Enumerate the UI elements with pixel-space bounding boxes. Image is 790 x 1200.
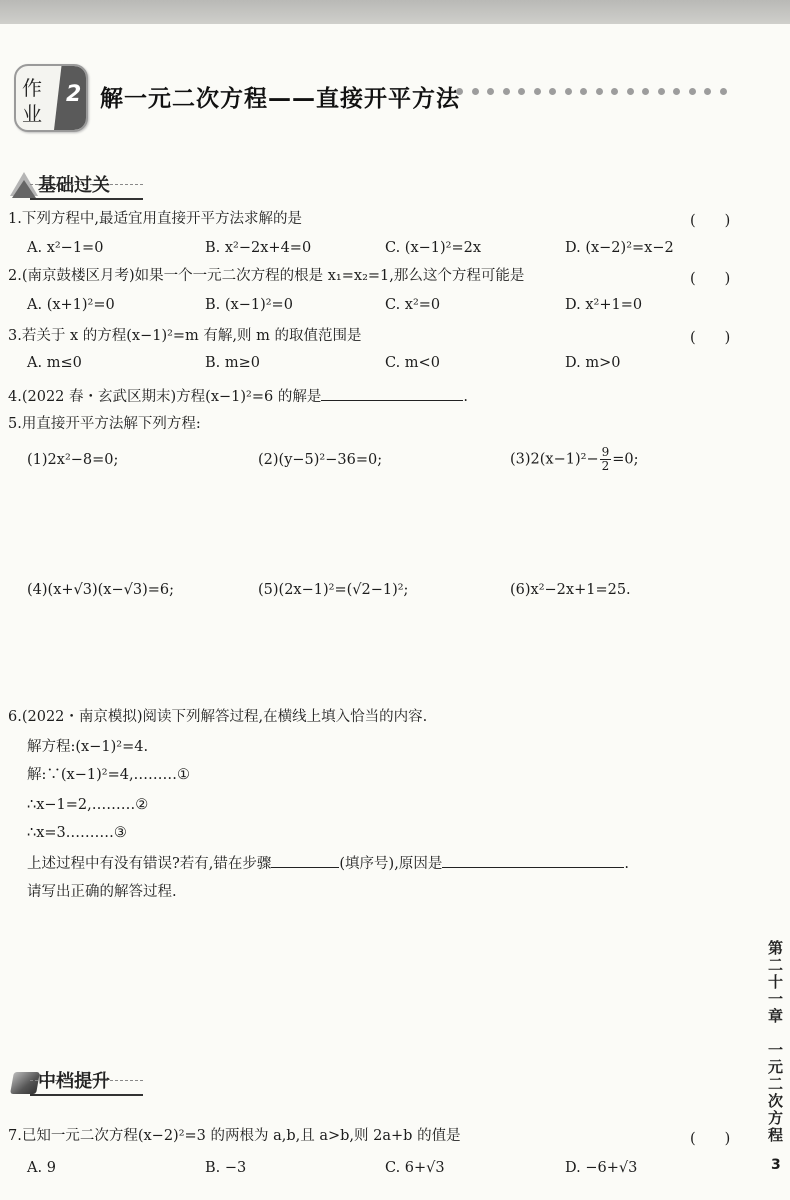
- badge-top-char: 作: [22, 72, 42, 101]
- q1-option-a[interactable]: A. x²−1=0: [27, 240, 103, 256]
- q2-answer-paren[interactable]: ( ): [690, 267, 730, 288]
- q3-answer-paren[interactable]: ( ): [690, 326, 730, 347]
- q5-part-3: (3)2(x−1)²−92=0;: [510, 446, 639, 473]
- q1-option-b[interactable]: B. x²−2x+4=0: [205, 240, 311, 256]
- q2-option-a[interactable]: A. (x+1)²=0: [27, 297, 115, 313]
- assignment-badge: 作 业 2: [14, 64, 88, 132]
- q6-question: 上述过程中有没有错误?若有,错在步骤(填序号),原因是.: [27, 853, 629, 874]
- q6-question-part-b: (填序号),原因是: [339, 856, 442, 872]
- q6-stem: 6.(2022・南京模拟)阅读下列解答过程,在横线上填入恰当的内容.: [8, 707, 427, 727]
- block-icon: [10, 1072, 40, 1094]
- q3-option-d[interactable]: D. m>0: [565, 355, 620, 371]
- section-medium-header: 中档提升: [8, 1066, 143, 1096]
- q3-option-c[interactable]: C. m<0: [385, 355, 440, 371]
- q4-period: .: [463, 389, 468, 405]
- section-basic-header: 基础过关: [8, 170, 143, 200]
- q5-part-4: (4)(x+√3)(x−√3)=6;: [27, 582, 174, 598]
- frac-denominator: 2: [600, 460, 612, 473]
- q5-part-2: (2)(y−5)²−36=0;: [258, 452, 382, 468]
- bleed-through-text: [430, 50, 640, 70]
- q4-stem: 4.(2022 春・玄武区期末)方程(x−1)²=6 的解是: [8, 389, 321, 405]
- q7-stem: 7.已知一元二次方程(x−2)²=3 的两根为 a,b,且 a>b,则 2a+b…: [8, 1126, 461, 1146]
- q2-option-d[interactable]: D. x²+1=0: [565, 297, 642, 313]
- q6-step-3: ∴x=3.………③: [27, 823, 127, 843]
- q5-part-6: (6)x²−2x+1=25.: [510, 582, 631, 598]
- q6-step-blank[interactable]: [271, 853, 339, 868]
- q4-line: 4.(2022 春・玄武区期末)方程(x−1)²=6 的解是.: [8, 386, 468, 407]
- q3-option-b[interactable]: B. m≥0: [205, 355, 260, 371]
- fraction-9-over-2: 92: [600, 446, 612, 473]
- badge-bottom-char: 业: [22, 98, 42, 127]
- section-rule: [30, 198, 143, 200]
- frac-numerator: 9: [600, 446, 612, 460]
- q7-option-a[interactable]: A. 9: [27, 1160, 56, 1176]
- q5-part-3-rhs: =0;: [612, 452, 638, 468]
- q6-question-end: .: [624, 856, 629, 872]
- q6-question-part-a: 上述过程中有没有错误?若有,错在步骤: [27, 856, 271, 872]
- q6-instruction: 请写出正确的解答过程.: [27, 882, 177, 902]
- q2-option-c[interactable]: C. x²=0: [385, 297, 440, 313]
- q4-answer-blank[interactable]: [321, 386, 463, 401]
- q7-option-d[interactable]: D. −6+√3: [565, 1160, 637, 1176]
- q5-stem: 5.用直接开平方法解下列方程:: [8, 414, 201, 434]
- q6-reason-blank[interactable]: [442, 853, 624, 868]
- q7-option-c[interactable]: C. 6+√3: [385, 1160, 445, 1176]
- q1-stem: 1.下列方程中,最适宜用直接开平方法求解的是: [8, 209, 302, 229]
- mountain-icon-dark: [12, 180, 36, 198]
- q6-step-1: 解:∵(x−1)²=4,………①: [27, 765, 190, 785]
- q6-step-2: ∴x−1=2,………②: [27, 795, 148, 815]
- q2-stem: 2.(南京鼓楼区月考)如果一个一元二次方程的根是 x₁=x₂=1,那么这个方程可…: [8, 266, 524, 286]
- q1-option-d[interactable]: D. (x−2)²=x−2: [565, 240, 674, 256]
- page-top-shadow: [0, 0, 790, 24]
- q5-part-3-lhs: (3)2(x−1)²−: [510, 452, 599, 468]
- page-number: 3: [771, 1157, 781, 1173]
- chapter-side-label: 第二十一章 一元二次方程: [764, 940, 786, 1144]
- q3-stem: 3.若关于 x 的方程(x−1)²=m 有解,则 m 的取值范围是: [8, 326, 362, 346]
- q1-answer-paren[interactable]: ( ): [690, 209, 730, 230]
- section-basic-label: 基础过关: [38, 171, 110, 197]
- badge-number: 2: [66, 82, 81, 107]
- title-dot-leader: [456, 88, 727, 95]
- q5-part-5: (5)(2x−1)²=(√2−1)²;: [258, 582, 408, 598]
- section-medium-label: 中档提升: [38, 1067, 110, 1093]
- q6-problem: 解方程:(x−1)²=4.: [27, 737, 148, 757]
- page-title: 解一元二次方程——直接开平方法: [100, 80, 460, 113]
- q3-option-a[interactable]: A. m≤0: [27, 355, 82, 371]
- q2-option-b[interactable]: B. (x−1)²=0: [205, 297, 293, 313]
- q7-option-b[interactable]: B. −3: [205, 1160, 246, 1176]
- q5-part-1: (1)2x²−8=0;: [27, 452, 118, 468]
- q7-answer-paren[interactable]: ( ): [690, 1127, 730, 1148]
- q1-option-c[interactable]: C. (x−1)²=2x: [385, 240, 481, 256]
- section-rule: [30, 1094, 143, 1096]
